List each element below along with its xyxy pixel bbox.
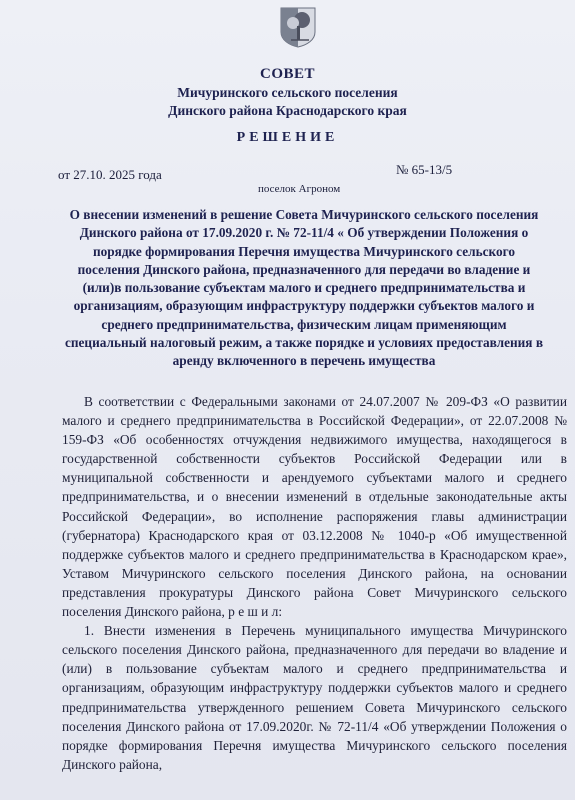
decision-body: В соответствии с Федеральными законами о…	[62, 392, 567, 774]
district-name: Динского района Краснодарского края	[0, 103, 575, 119]
settlement-name: Мичуринского сельского поселения	[0, 85, 575, 101]
coat-of-arms-icon	[279, 6, 317, 48]
preamble-paragraph: В соответствии с Федеральными законами о…	[62, 392, 567, 621]
decision-title: О внесении изменений в решение Совета Ми…	[64, 206, 544, 371]
decision-date: от 27.10. 2025 года	[58, 167, 162, 183]
council-heading: СОВЕТ	[0, 66, 575, 83]
decision-number: № 65-13/5	[396, 162, 452, 178]
item-1-paragraph: 1. Внести изменения в Перечень муниципал…	[62, 621, 567, 774]
document-page: СОВЕТ Мичуринского сельского поселения Д…	[0, 0, 575, 800]
decision-place: поселок Агроном	[258, 183, 340, 195]
decision-heading: РЕШЕНИЕ	[0, 130, 575, 146]
